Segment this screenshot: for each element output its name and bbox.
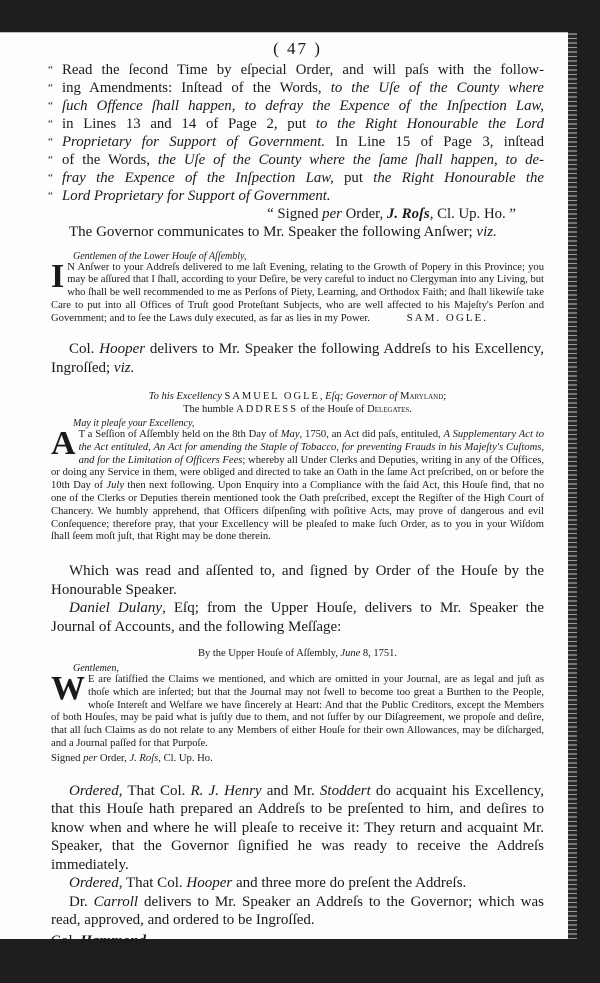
name: Hooper [99, 341, 145, 357]
month: July [106, 480, 124, 491]
dropcap: W [51, 676, 85, 701]
quote-text: Proprietary for Support of Government. [62, 134, 325, 150]
quote-text: in Lines 13 and 14 of Page 2, put [62, 116, 316, 132]
text: Col. [69, 341, 99, 357]
quote-line: “fray the Expence of the Inſpection Law,… [51, 169, 544, 187]
place: Maryland; [400, 391, 446, 402]
name: Stoddert [320, 783, 371, 799]
hooper-paragraph: Col. Hooper delivers to Mr. Speaker the … [51, 340, 544, 377]
quote-mark: “ [48, 151, 62, 169]
quote-text: ſuch Offence ſhall happen, to defray the… [62, 98, 544, 114]
text: then next following. Upon Enquiry into a… [51, 480, 544, 542]
assent-paragraph: Which was read and aſſented to, and ſign… [51, 562, 544, 599]
quote-text: put [334, 170, 374, 186]
quote-mark: “ [48, 133, 62, 151]
text: , Eſq; Governor of [320, 391, 400, 402]
quote-line: “of the Words, the Uſe of the County whe… [51, 151, 544, 169]
governor-salutation: Gentlemen of the Lower Houſe of Aſſembly… [73, 251, 544, 262]
quote-signature: “ Signed per Order, J. Roſs, Cl. Up. Ho.… [51, 205, 544, 223]
name: Daniel Dulany [69, 600, 162, 616]
quote-line: “Proprietary for Support of Government. … [51, 133, 544, 151]
text: 8, 1751. [360, 648, 397, 659]
ordered: Ordered [69, 875, 119, 891]
text: and Mr. [262, 783, 320, 799]
quote-mark: “ [48, 115, 62, 133]
quote-text: the Uſe of the County where the ſame ſha… [158, 152, 544, 168]
quote-mark: “ [48, 187, 62, 205]
sig-text: , Cl. Up. Ho. ” [430, 206, 516, 222]
month: June [340, 648, 360, 659]
page-number: ( 47 ) [51, 39, 544, 61]
quote-text: Read the ſecond Time by eſpecial Order, … [62, 62, 544, 78]
message-signature: Signed per Order, J. Roſs, Cl. Up. Ho. [51, 753, 544, 766]
address-body: AT a Seſſion of Aſſembly held on the 8th… [51, 429, 544, 544]
quote-text: to the Right Honourable the Lord [316, 116, 544, 132]
message-heading: By the Upper Houſe of Aſſembly, June 8, … [51, 648, 544, 661]
quote-text: Lord Proprietary for Support of Governme… [62, 188, 331, 204]
viz: viz. [476, 224, 496, 240]
per: per [83, 753, 97, 764]
text: , That Col. [119, 875, 187, 891]
quote-text: ing Amendments: Inſtead of the Words, [62, 80, 331, 96]
sig-text: Order, [342, 206, 387, 222]
text: Col. [51, 933, 80, 949]
name: Carroll [94, 894, 138, 910]
text: The humble [183, 404, 236, 415]
quote-text: the Right Honourable the [373, 170, 544, 186]
text: , That Col. [119, 783, 191, 799]
dulany-paragraph: Daniel Dulany, Eſq; from the Upper Houſe… [51, 599, 544, 636]
quote-text: of the Words, [62, 152, 158, 168]
address-salutation: May it pleaſe your Excellency, [73, 418, 544, 429]
message-salutation: Gentlemen, [73, 663, 544, 674]
word: ADDRESS [236, 404, 298, 415]
text: To his Excellency [149, 391, 225, 402]
sig-per: per [322, 206, 342, 222]
text: Order, [97, 753, 129, 764]
name: Hammond [80, 933, 146, 949]
house: Delegates. [367, 404, 412, 415]
quote-line: “ing Amendments: Inſtead of the Words, t… [51, 79, 544, 97]
page-edge [568, 33, 577, 939]
quote-mark: “ [48, 169, 62, 187]
quote-mark: “ [48, 79, 62, 97]
carroll-paragraph: Dr. Carroll delivers to Mr. Speaker an A… [51, 893, 544, 930]
text: of the Houſe of [298, 404, 367, 415]
dropcap: A [51, 431, 76, 456]
ordered-paragraph-2: Ordered, That Col. Hooper and three more… [51, 874, 544, 893]
text: Dr. [69, 894, 94, 910]
name: J. Roſs [129, 753, 158, 764]
name: SAMUEL OGLE [225, 391, 320, 402]
name: R. J. Henry [191, 783, 262, 799]
address-heading-2: The humble ADDRESS of the Houſe of Deleg… [51, 404, 544, 417]
quote-text: fray the Expence of the Inſpection Law, [62, 170, 334, 186]
quote-line: “Lord Proprietary for Support of Governm… [51, 187, 544, 205]
ordered-paragraph-1: Ordered, That Col. R. J. Henry and Mr. S… [51, 782, 544, 875]
quoted-amendment: “Read the ſecond Time by eſpecial Order,… [51, 61, 544, 205]
address-heading-1: To his Excellency SAMUEL OGLE, Eſq; Gove… [51, 391, 544, 404]
text: E are ſatiſfied the Claims we mentioned,… [51, 674, 544, 749]
quote-line: “in Lines 13 and 14 of Page 2, put to th… [51, 115, 544, 133]
viz: viz. [114, 360, 134, 376]
sig-text: “ Signed [267, 206, 322, 222]
text: T a Seſſion of Aſſembly held on the 8th … [79, 429, 281, 440]
governor-intro: The Governor communicates to Mr. Speaker… [51, 223, 544, 242]
intro-text: The Governor communicates to Mr. Speaker… [69, 224, 476, 240]
text: Signed [51, 753, 83, 764]
dropcap: I [51, 264, 64, 289]
sig-name: J. Roſs [387, 206, 430, 222]
name: Hooper [186, 875, 232, 891]
ordered: Ordered [69, 783, 119, 799]
quote-text: to the Uſe of the County where [331, 80, 544, 96]
scanned-page: ( 47 ) “Read the ſecond Time by eſpecial… [0, 32, 568, 939]
quote-line: “Read the ſecond Time by eſpecial Order,… [51, 61, 544, 79]
quote-line: “ſuch Offence ſhall happen, to defray th… [51, 97, 544, 115]
quote-mark: “ [48, 97, 62, 115]
message-body: WE are ſatiſfied the Claims we mentioned… [51, 674, 544, 751]
text: , 1750, an Act did paſs, entituled, [300, 429, 444, 440]
text: , Cl. Up. Ho. [158, 753, 212, 764]
month: May [281, 429, 300, 440]
text: and three more do preſent the Addreſs. [232, 875, 466, 891]
quote-text: In Line 15 of Page 3, inſtead [325, 134, 544, 150]
text: By the Upper Houſe of Aſſembly, [198, 648, 341, 659]
catchword: Col. Hammond [51, 932, 544, 951]
page-content: ( 47 ) “Read the ſecond Time by eſpecial… [51, 33, 544, 950]
quote-mark: “ [48, 61, 62, 79]
